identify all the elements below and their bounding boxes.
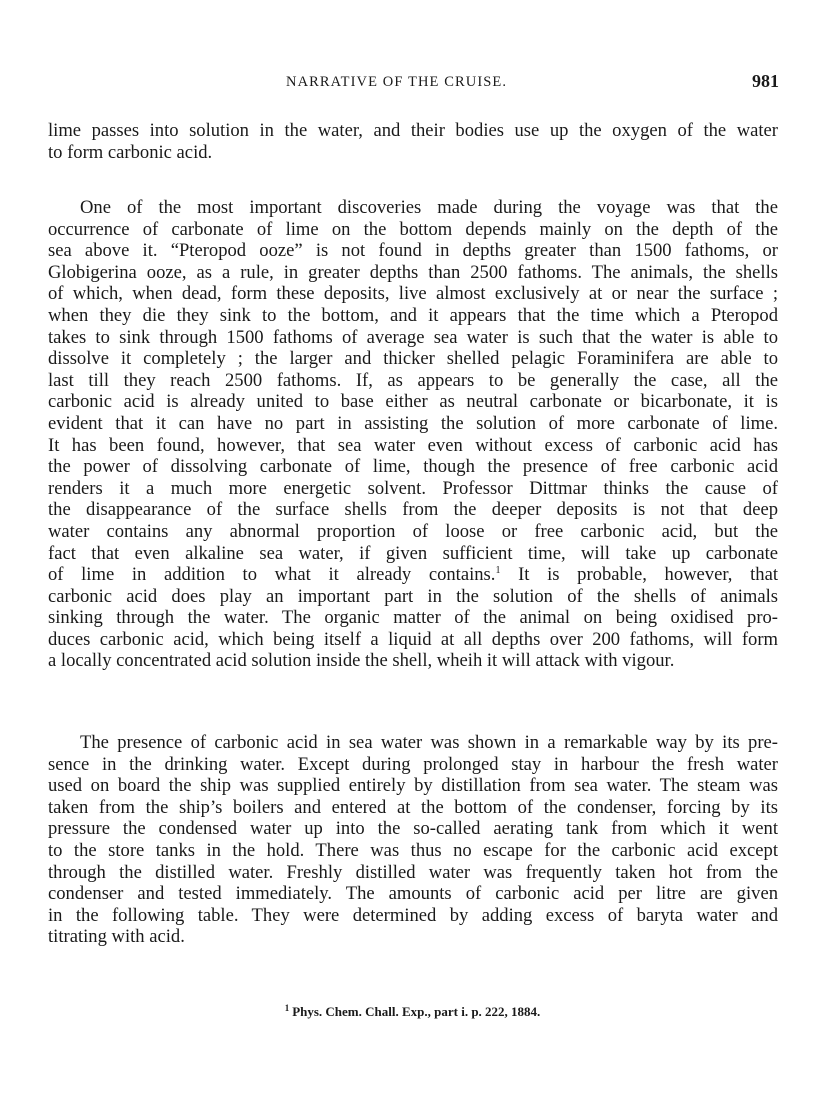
text-line: condenser and tested immediately. The am… [48,883,778,905]
text-line: a locally concentrated acid solution ins… [48,650,778,672]
running-title: NARRATIVE OF THE CRUISE. [286,74,507,91]
text-line: It has been found, however, that sea wat… [48,435,778,457]
text-line: carbonic acid is already united to base … [48,391,778,413]
text-line: dissolve it completely ; the larger and … [48,348,778,370]
footnote: 1Phys. Chem. Chall. Exp., part i. p. 222… [0,1003,825,1020]
text-segment: of lime in addition to what it already c… [48,564,495,585]
text-line: pressure the condensed water up into the… [48,818,778,840]
text-line: taken from the ship’s boilers and entere… [48,797,778,819]
text-segment: It is probable, however, that [518,564,778,585]
text-line: carbonic acid does play an important par… [48,586,778,608]
text-line: The presence of carbonic acid in sea wat… [48,732,778,754]
text-line: used on board the ship was supplied enti… [48,775,778,797]
text-line: sea above it. “Pteropod ooze” is not fou… [48,240,778,262]
paragraph-drinking-water: The presence of carbonic acid in sea wat… [48,732,778,948]
text-line: the disappearance of the surface shells … [48,499,778,521]
text-line: One of the most important discoveries ma… [48,197,778,219]
text-line: to form carbonic acid. [48,142,778,164]
footnote-marker[interactable]: 1 [495,565,500,576]
text-line: evident that it can have no part in assi… [48,413,778,435]
text-line: takes to sink through 1500 fathoms of av… [48,327,778,349]
text-line: water contains any abnormal proportion o… [48,521,778,543]
running-header: NARRATIVE OF THE CRUISE. 981 [0,74,825,98]
text-line: lime passes into solution in the water, … [48,120,778,142]
text-line: of which, when dead, form these deposits… [48,283,778,305]
continued-paragraph: lime passes into solution in the water, … [48,120,778,163]
book-page: NARRATIVE OF THE CRUISE. 981 lime passes… [0,0,825,1100]
text-line: in the following table. They were determ… [48,905,778,927]
footnote-text: Phys. Chem. Chall. Exp., part i. p. 222,… [292,1004,540,1019]
text-line-with-footnote: of lime in addition to what it already c… [48,564,778,586]
text-line: sinking through the water. The organic m… [48,607,778,629]
text-line: renders it a much more energetic solvent… [48,478,778,500]
page-number: 981 [752,71,779,92]
text-line: sence in the drinking water. Except duri… [48,754,778,776]
text-line: titrating with acid. [48,926,778,948]
text-line: when they die they sink to the bottom, a… [48,305,778,327]
text-line: fact that even alkaline sea water, if gi… [48,543,778,565]
text-line: through the distilled water. Freshly dis… [48,862,778,884]
paragraph-carbonate-depth: One of the most important discoveries ma… [48,197,778,672]
text-line: duces carbonic acid, which being itself … [48,629,778,651]
text-line: last till they reach 2500 fathoms. If, a… [48,370,778,392]
text-line: occurrence of carbonate of lime on the b… [48,219,778,241]
text-line: to the store tanks in the hold. There wa… [48,840,778,862]
footnote-number: 1 [285,1003,290,1013]
text-line: Globigerina ooze, as a rule, in greater … [48,262,778,284]
text-line: the power of dissolving carbonate of lim… [48,456,778,478]
